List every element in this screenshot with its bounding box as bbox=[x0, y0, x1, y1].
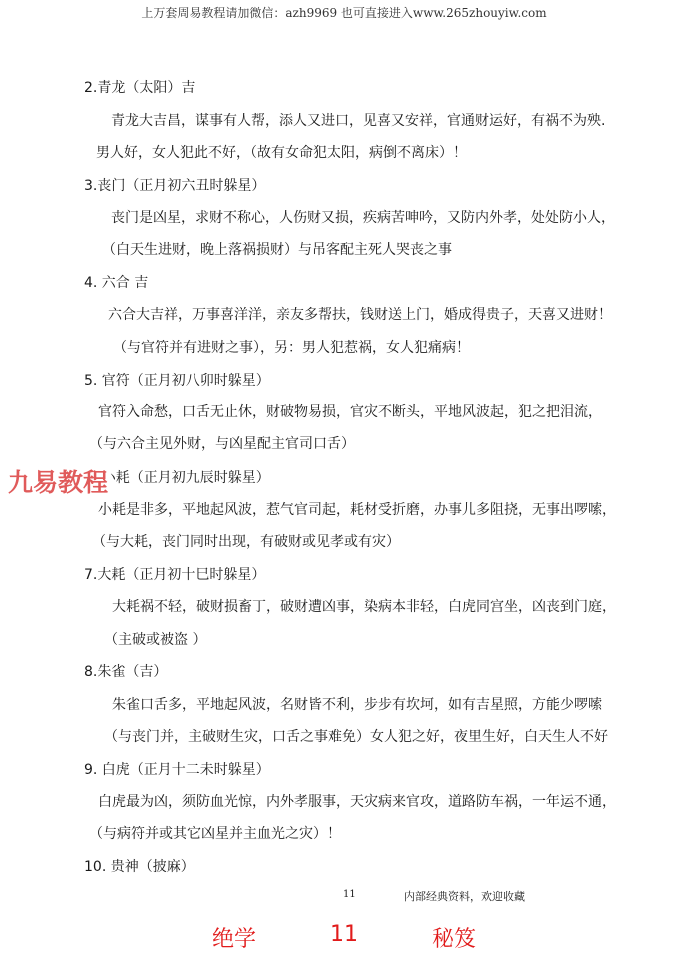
text-line: 5. 官符（正月初八卯时躲星） bbox=[84, 372, 270, 390]
text-line: 六合大吉祥，万事喜洋洋，亲友多帮扶，钱财送上门，婚成得贵子，天喜又进财！ bbox=[108, 306, 612, 324]
text-line: 小耗是非多，平地起风波，惹气官司起，耗材受折磨，办事儿多阻挠，无事出啰嗦， bbox=[98, 501, 616, 519]
text-line: 青龙大吉昌，谋事有人帮，添人又进口，见喜又安祥，官通财运好，有祸不为殃. bbox=[111, 112, 605, 130]
text-line: （与大耗，丧门同时出现，有破财或见孝或有灾） bbox=[92, 533, 400, 551]
text-line: 丧门是凶星，求财不称心，人伤财又损，疾病苦呻吟，又防内外孝，处处防小人， bbox=[111, 209, 615, 227]
banner-page-number: 11 bbox=[330, 922, 358, 947]
text-line: 3.丧门（正月初六丑时躲星） bbox=[84, 177, 265, 195]
page-header-ad: 上万套周易教程请加微信：azh9969 也可直接进入www.265zhouyiw… bbox=[0, 4, 688, 21]
text-line: 4. 六合 吉 bbox=[84, 274, 148, 292]
banner-left-label: 绝学 bbox=[212, 922, 256, 953]
footer-page-number: 11 bbox=[343, 889, 356, 900]
text-line: 2.青龙（太阳）吉 bbox=[84, 79, 195, 97]
text-line: （白天生进财，晚上落祸损财）与吊客配主死人哭丧之事 bbox=[102, 241, 452, 259]
text-line: 白虎最为凶，须防血光惊，内外孝服事，天灾病来官攻，道路防车祸，一年运不通， bbox=[98, 793, 616, 811]
text-line: 大耗祸不轻，破财损畜丁，破财遭凶事，染病本非轻，白虎同宫坐，凶丧到门庭， bbox=[112, 598, 616, 616]
watermark-logo: 九易教程 bbox=[6, 467, 110, 499]
text-line: 9. 白虎（正月十二未时躲星） bbox=[84, 761, 270, 779]
text-line: 官符入命愁，口舌无止休，财破物易损，官灾不断头，平地风波起，犯之把泪流， bbox=[98, 403, 602, 421]
text-line: 男人好，女人犯此不好，（故有女命犯太阳，病倒不离床）！ bbox=[96, 144, 467, 162]
text-line: 7.大耗（正月初十巳时躲星） bbox=[84, 566, 265, 584]
text-line: 8.朱雀（吉） bbox=[84, 663, 167, 681]
text-line: 6. 小耗（正月初九辰时躲星） bbox=[84, 469, 270, 487]
text-line: 10. 贵神（披麻） bbox=[84, 858, 195, 876]
text-line: （与丧门并，主破财生灾，口舌之事难免）女人犯之好，夜里生好，白天生人不好 bbox=[104, 728, 608, 746]
text-line: （与病符并或其它凶星并主血光之灾）！ bbox=[89, 825, 341, 843]
text-line: 朱雀口舌多，平地起风波，名财皆不利，步步有坎坷，如有吉星照，方能少啰嗦 bbox=[112, 696, 602, 714]
text-line: （与官符并有进财之事），另：男人犯惹祸，女人犯痛病！ bbox=[113, 339, 470, 357]
text-line: （主破或被盗 ） bbox=[104, 631, 206, 649]
text-line: （与六合主见外财，与凶星配主官司口舌） bbox=[89, 435, 355, 453]
footer-note: 内部经典资料，欢迎收藏 bbox=[404, 888, 525, 904]
banner-right-label: 秘笈 bbox=[432, 922, 476, 953]
